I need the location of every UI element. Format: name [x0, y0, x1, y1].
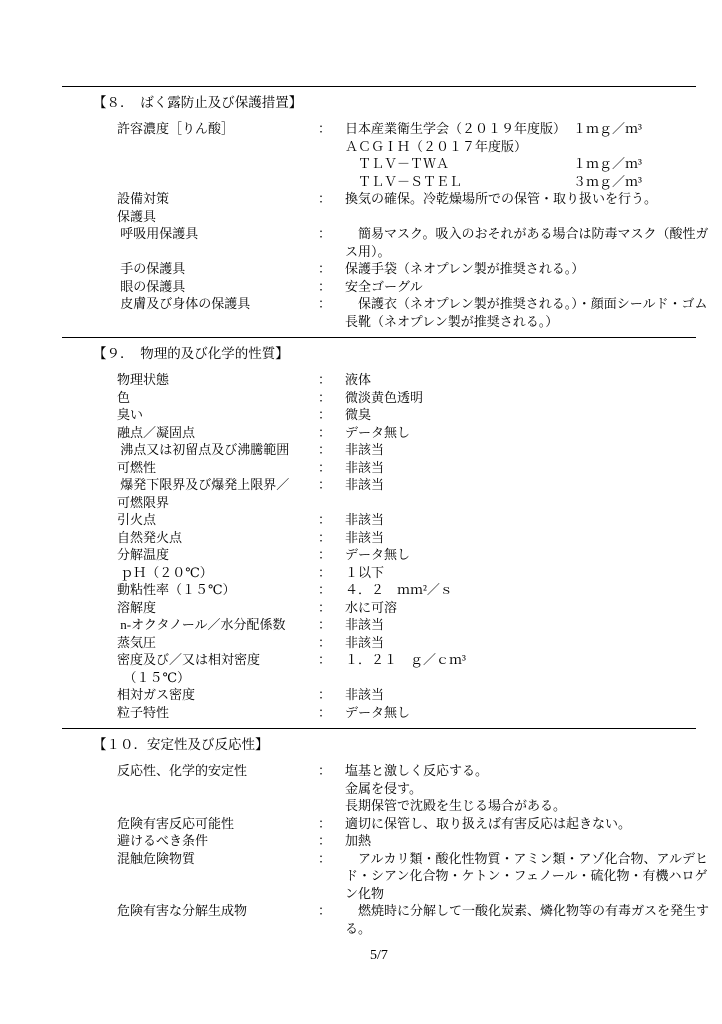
property-row: 臭い：微臭: [0, 406, 722, 424]
value-table-row: ＴＬＶ－ＳＴＥＬ３ｍｇ／ｍ³: [345, 173, 722, 191]
property-value: 燃焼時に分解して一酸化炭素、燐化物等の有毒ガスを発生す る。: [345, 902, 722, 937]
property-value: 微臭: [345, 406, 722, 424]
sds-document-page: 【８． ばく露防止及び保護措置】許容濃度［りん酸］：日本産業衛生学会（２０１９年…: [0, 0, 722, 1024]
colon-separator: ：: [318, 389, 345, 407]
property-row: 手の保護具：保護手袋（ネオプレン製が推奨される。）: [0, 260, 722, 278]
property-row: 溶解度：水に可溶: [0, 599, 722, 617]
property-label: 蒸気圧: [117, 634, 318, 652]
colon-separator: ：: [318, 902, 345, 920]
colon-separator: ：: [318, 225, 345, 243]
property-row: 相対ガス密度：非該当: [0, 686, 722, 704]
property-label: 保護具: [117, 208, 318, 226]
property-label: 物理状態: [117, 371, 318, 389]
value-source: 日本産業衛生学会（２０１９年度版）: [345, 120, 573, 138]
property-value: データ無し: [345, 546, 722, 564]
colon-separator: ：: [318, 371, 345, 389]
value-table-row: ＴＬＶ－ＴＷＡ１ｍｇ／ｍ³: [345, 155, 722, 173]
property-label: 融点／凝固点: [117, 424, 318, 442]
property-row: 融点／凝固点：データ無し: [0, 424, 722, 442]
property-row: 保護具: [0, 208, 722, 226]
property-label: 引火点: [117, 511, 318, 529]
property-value: 非該当: [345, 511, 722, 529]
colon-separator: ：: [318, 832, 345, 850]
colon-separator: ：: [318, 476, 345, 494]
property-label: 混触危険物質: [117, 850, 318, 868]
property-label: 反応性、化学的安定性: [117, 762, 318, 780]
property-value: １以下: [345, 564, 722, 582]
property-label: 爆発下限界及び爆発上限界／ 可燃限界: [117, 476, 318, 511]
colon-separator: ：: [318, 850, 345, 868]
property-value: 非該当: [345, 634, 722, 652]
section-10-stability-reactivity: 【１０．安定性及び反応性】反応性、化学的安定性：塩基と激しく反応する。 金属を侵…: [0, 728, 722, 937]
colon-separator: ：: [318, 599, 345, 617]
property-label: 分解温度: [117, 546, 318, 564]
value-source: ＡＣＧＩＨ（２０１７年度版）: [345, 138, 573, 156]
property-label: 許容濃度［りん酸］: [117, 120, 318, 138]
property-label: 相対ガス密度: [117, 686, 318, 704]
property-value: 微淡黄色透明: [345, 389, 722, 407]
colon-separator: ：: [318, 616, 345, 634]
value-table: 日本産業衛生学会（２０１９年度版）１ｍｇ／ｍ³ＡＣＧＩＨ（２０１７年度版） ＴＬ…: [345, 120, 722, 190]
value-table-row: 日本産業衛生学会（２０１９年度版）１ｍｇ／ｍ³: [345, 120, 722, 138]
property-label: 沸点又は初留点及び沸騰範囲: [117, 441, 318, 459]
property-value: １．２１ ｇ／ｃｍ³: [345, 651, 722, 669]
section-rows: 物理状態：液体色：微淡黄色透明臭い：微臭融点／凝固点：データ無し 沸点又は初留点…: [0, 371, 722, 721]
property-row: 密度及び／又は相対密度 （１５℃）：１．２１ ｇ／ｃｍ³: [0, 651, 722, 686]
property-label: 設備対策: [117, 190, 318, 208]
property-label: 呼吸用保護具: [117, 225, 318, 243]
property-value: 保護手袋（ネオプレン製が推奨される。）: [345, 260, 722, 278]
property-row: 皮膚及び身体の保護具： 保護衣（ネオプレン製が推奨される。）・顔面シールド・ゴム…: [0, 295, 722, 330]
property-row: 反応性、化学的安定性：塩基と激しく反応する。 金属を侵す。 長期保管で沈殿を生じ…: [0, 762, 722, 815]
colon-separator: ：: [318, 762, 345, 780]
property-row: 眼の保護具：安全ゴーグル: [0, 278, 722, 296]
property-row: 設備対策：換気の確保。冷乾燥場所での保管・取り扱いを行う。: [0, 190, 722, 208]
property-value: 簡易マスク。吸入のおそれがある場合は防毒マスク（酸性ガ ス用）。: [345, 225, 722, 260]
colon-separator: ：: [318, 511, 345, 529]
page-number: 5/7: [62, 948, 696, 964]
property-row: 分解温度：データ無し: [0, 546, 722, 564]
colon-separator: ：: [318, 190, 345, 208]
property-row: 爆発下限界及び爆発上限界／ 可燃限界：非該当: [0, 476, 722, 511]
property-value: 安全ゴーグル: [345, 278, 722, 296]
document-body: 【８． ばく露防止及び保護措置】許容濃度［りん酸］：日本産業衛生学会（２０１９年…: [0, 0, 722, 937]
property-label: 臭い: [117, 406, 318, 424]
property-row: 呼吸用保護具： 簡易マスク。吸入のおそれがある場合は防毒マスク（酸性ガ ス用）。: [0, 225, 722, 260]
section-title: 【９． 物理的及び化学的性質】: [93, 345, 722, 362]
section-8-exposure-controls: 【８． ばく露防止及び保護措置】許容濃度［りん酸］：日本産業衛生学会（２０１９年…: [0, 86, 722, 330]
section-title: 【８． ばく露防止及び保護措置】: [93, 94, 722, 111]
property-value: 水に可溶: [345, 599, 722, 617]
property-row: 蒸気圧：非該当: [0, 634, 722, 652]
property-value: データ無し: [345, 704, 722, 722]
property-row: 引火点：非該当: [0, 511, 722, 529]
colon-separator: ：: [318, 704, 345, 722]
property-label: ｐＨ（２０℃）: [117, 564, 318, 582]
property-label: 避けるべき条件: [117, 832, 318, 850]
value-source: ＴＬＶ－ＳＴＥＬ: [345, 173, 573, 191]
property-row: 動粘性率（１５℃）：４．２ ｍｍ²／ｓ: [0, 581, 722, 599]
value-amount: １ｍｇ／ｍ³: [573, 120, 642, 138]
property-value: 非該当: [345, 616, 722, 634]
section-divider-line: [62, 337, 696, 338]
value-table-row: ＡＣＧＩＨ（２０１７年度版）: [345, 138, 722, 156]
section-rows: 許容濃度［りん酸］：日本産業衛生学会（２０１９年度版）１ｍｇ／ｍ³ＡＣＧＩＨ（２…: [0, 120, 722, 330]
property-value: 適切に保管し、取り扱えば有害反応は起きない。: [345, 815, 722, 833]
property-value: 非該当: [345, 441, 722, 459]
property-value: 非該当: [345, 476, 722, 494]
property-value: 塩基と激しく反応する。 金属を侵す。 長期保管で沈殿を生じる場合がある。: [345, 762, 722, 815]
property-label: 粒子特性: [117, 704, 318, 722]
property-label: 溶解度: [117, 599, 318, 617]
colon-separator: ：: [318, 815, 345, 833]
colon-separator: ：: [318, 260, 345, 278]
property-row: 可燃性：非該当: [0, 459, 722, 477]
section-rows: 反応性、化学的安定性：塩基と激しく反応する。 金属を侵す。 長期保管で沈殿を生じ…: [0, 762, 722, 937]
colon-separator: ：: [318, 651, 345, 669]
colon-separator: ：: [318, 120, 345, 138]
colon-separator: ：: [318, 529, 345, 547]
property-label: 手の保護具: [117, 260, 318, 278]
property-row: 粒子特性：データ無し: [0, 704, 722, 722]
property-label: 危険有害反応可能性: [117, 815, 318, 833]
property-row: 危険有害な分解生成物： 燃焼時に分解して一酸化炭素、燐化物等の有毒ガスを発生す …: [0, 902, 722, 937]
property-row: 沸点又は初留点及び沸騰範囲：非該当: [0, 441, 722, 459]
property-row: 避けるべき条件：加熱: [0, 832, 722, 850]
property-label: 危険有害な分解生成物: [117, 902, 318, 920]
property-value: 非該当: [345, 686, 722, 704]
section-title: 【１０．安定性及び反応性】: [93, 736, 722, 753]
property-label: 自然発火点: [117, 529, 318, 547]
colon-separator: ：: [318, 406, 345, 424]
colon-separator: ：: [318, 295, 345, 313]
property-value: 換気の確保。冷乾燥場所での保管・取り扱いを行う。: [345, 190, 722, 208]
property-row: n-オクタノール／水分配係数：非該当: [0, 616, 722, 634]
colon-separator: ：: [318, 441, 345, 459]
value-source: ＴＬＶ－ＴＷＡ: [345, 155, 573, 173]
colon-separator: ：: [318, 634, 345, 652]
property-row: ｐＨ（２０℃）：１以下: [0, 564, 722, 582]
property-label: 眼の保護具: [117, 278, 318, 296]
property-label: 密度及び／又は相対密度 （１５℃）: [117, 651, 318, 686]
property-label: n-オクタノール／水分配係数: [117, 616, 318, 634]
section-9-physical-chemical-properties: 【９． 物理的及び化学的性質】物理状態：液体色：微淡黄色透明臭い：微臭融点／凝固…: [0, 337, 722, 721]
section-divider-line: [62, 86, 696, 87]
colon-separator: ：: [318, 459, 345, 477]
property-label: 色: [117, 389, 318, 407]
colon-separator: ：: [318, 564, 345, 582]
property-label: 皮膚及び身体の保護具: [117, 295, 318, 313]
property-row: 許容濃度［りん酸］：日本産業衛生学会（２０１９年度版）１ｍｇ／ｍ³ＡＣＧＩＨ（２…: [0, 120, 722, 190]
property-row: 物理状態：液体: [0, 371, 722, 389]
property-value: 非該当: [345, 529, 722, 547]
property-row: 危険有害反応可能性：適切に保管し、取り扱えば有害反応は起きない。: [0, 815, 722, 833]
property-value: データ無し: [345, 424, 722, 442]
section-divider-line: [62, 728, 696, 729]
value-amount: １ｍｇ／ｍ³: [573, 155, 642, 173]
property-value: アルカリ類・酸化性物質・アミン類・アゾ化合物、アルデヒ ド・シアン化合物・ケトン…: [345, 850, 722, 903]
property-value: 加熱: [345, 832, 722, 850]
property-value: 非該当: [345, 459, 722, 477]
colon-separator: ：: [318, 546, 345, 564]
property-row: 混触危険物質： アルカリ類・酸化性物質・アミン類・アゾ化合物、アルデヒ ド・シア…: [0, 850, 722, 903]
property-label: 動粘性率（１５℃）: [117, 581, 318, 599]
property-value: 保護衣（ネオプレン製が推奨される。）・顔面シールド・ゴム 長靴（ネオプレン製が推…: [345, 295, 722, 330]
property-row: 色：微淡黄色透明: [0, 389, 722, 407]
value-amount: ３ｍｇ／ｍ³: [573, 173, 642, 191]
colon-separator: ：: [318, 278, 345, 296]
property-value: 液体: [345, 371, 722, 389]
colon-separator: ：: [318, 686, 345, 704]
colon-separator: ：: [318, 424, 345, 442]
colon-separator: ：: [318, 581, 345, 599]
property-label: 可燃性: [117, 459, 318, 477]
property-row: 自然発火点：非該当: [0, 529, 722, 547]
property-value: ４．２ ｍｍ²／ｓ: [345, 581, 722, 599]
